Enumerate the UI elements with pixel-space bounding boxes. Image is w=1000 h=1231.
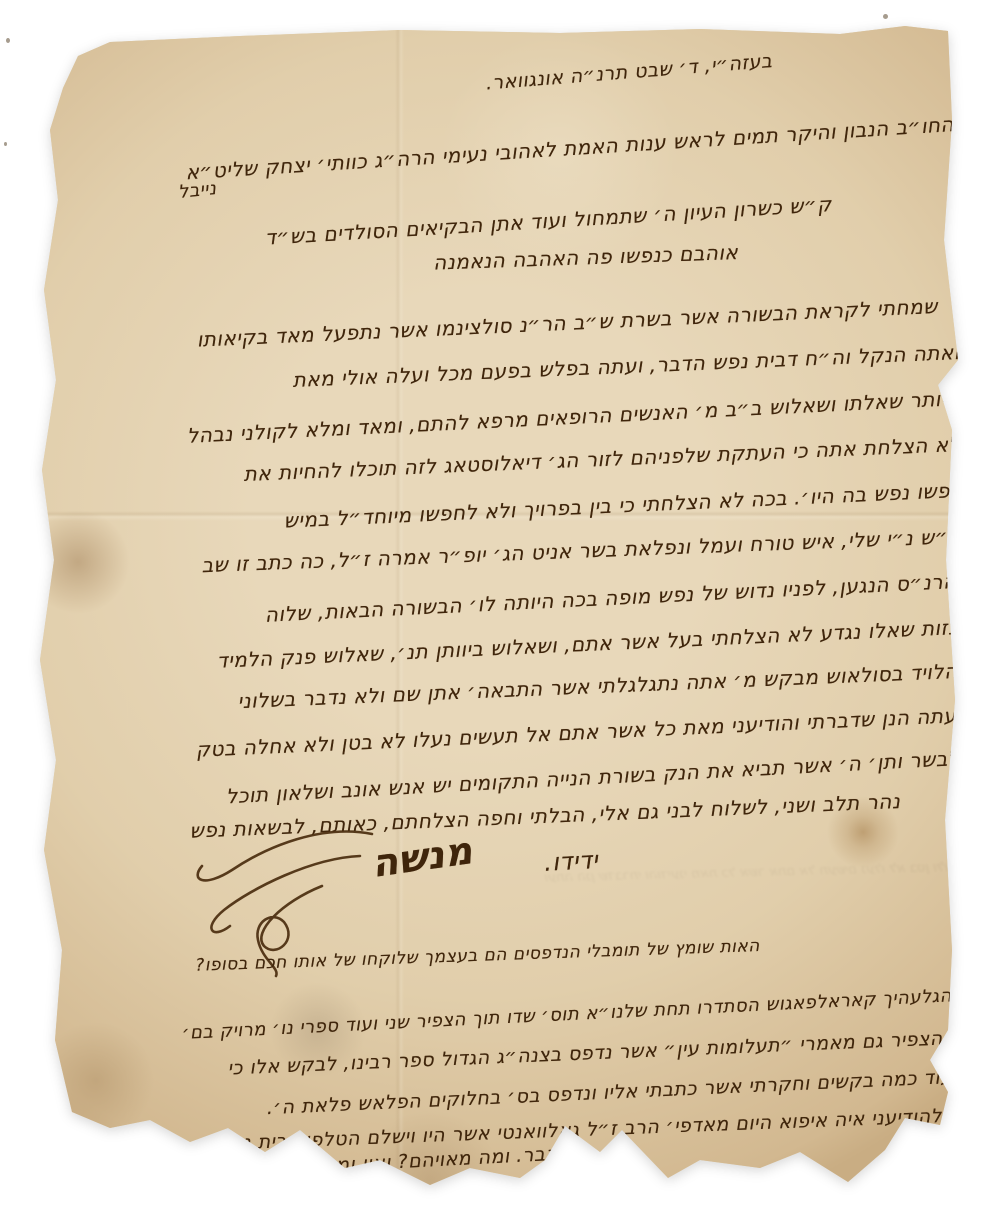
- body-line: מ״ש נ״י שלי, איש טורח ועמל ונפלאת בשר אנ…: [201, 524, 962, 577]
- scan-backdrop: בעזה״י, ד׳ שבט תרנ״ה אונגוואר. החו״ב הנב…: [0, 0, 1000, 1231]
- letter-paper-wrap: בעזה״י, ד׳ שבט תרנ״ה אונגוואר. החו״ב הנב…: [0, 0, 1000, 1231]
- body-line: ואתה הנקל וה״ח דבית נפש הדבר, ועתה בפלש …: [292, 340, 960, 392]
- salutation-line-1-continuation: נייבל: [177, 178, 217, 203]
- salutation-line-1: החו״ב הנבון והיקר תמים לראש ענות האמת לא…: [185, 112, 955, 184]
- signature: מנשה: [369, 828, 475, 886]
- dedication-line: אוהבם כנפשו פה האהבה הנאמנה: [433, 240, 739, 275]
- postscript-line: הקבר. ומה מאויהם? ואין ומלוי — ג וגו׳?: [228, 1142, 573, 1182]
- body-line: לא הצלחת אתה כי העתקת שלפניהם לזור הג׳ ד…: [243, 432, 961, 486]
- letter-paper: בעזה״י, ד׳ שבט תרנ״ה אונגוואר. החו״ב הנב…: [0, 0, 1000, 1231]
- body-line: שמחתי לקראת הבשורה אשר בשרת ש״ב הר״נ סול…: [196, 294, 938, 352]
- body-line: הלויד בסולאוש מבקש מ׳ אתה נתגלגלתי אשר ה…: [238, 659, 959, 713]
- body-line: הרנ״ס הנגען, לפניו נדוש של נפש מופה בכה …: [264, 569, 957, 627]
- salutation-line-2: ק״ש כשרון העיון ה׳ שתמחול ועוד אתן הבקיא…: [264, 192, 832, 250]
- dateline: בעזה״י, ד׳ שבט תרנ״ה אונגוואר.: [485, 50, 773, 94]
- body-line: נפשו נפש בה היו׳. בכה לא הצלחתי כי בין ב…: [283, 478, 959, 533]
